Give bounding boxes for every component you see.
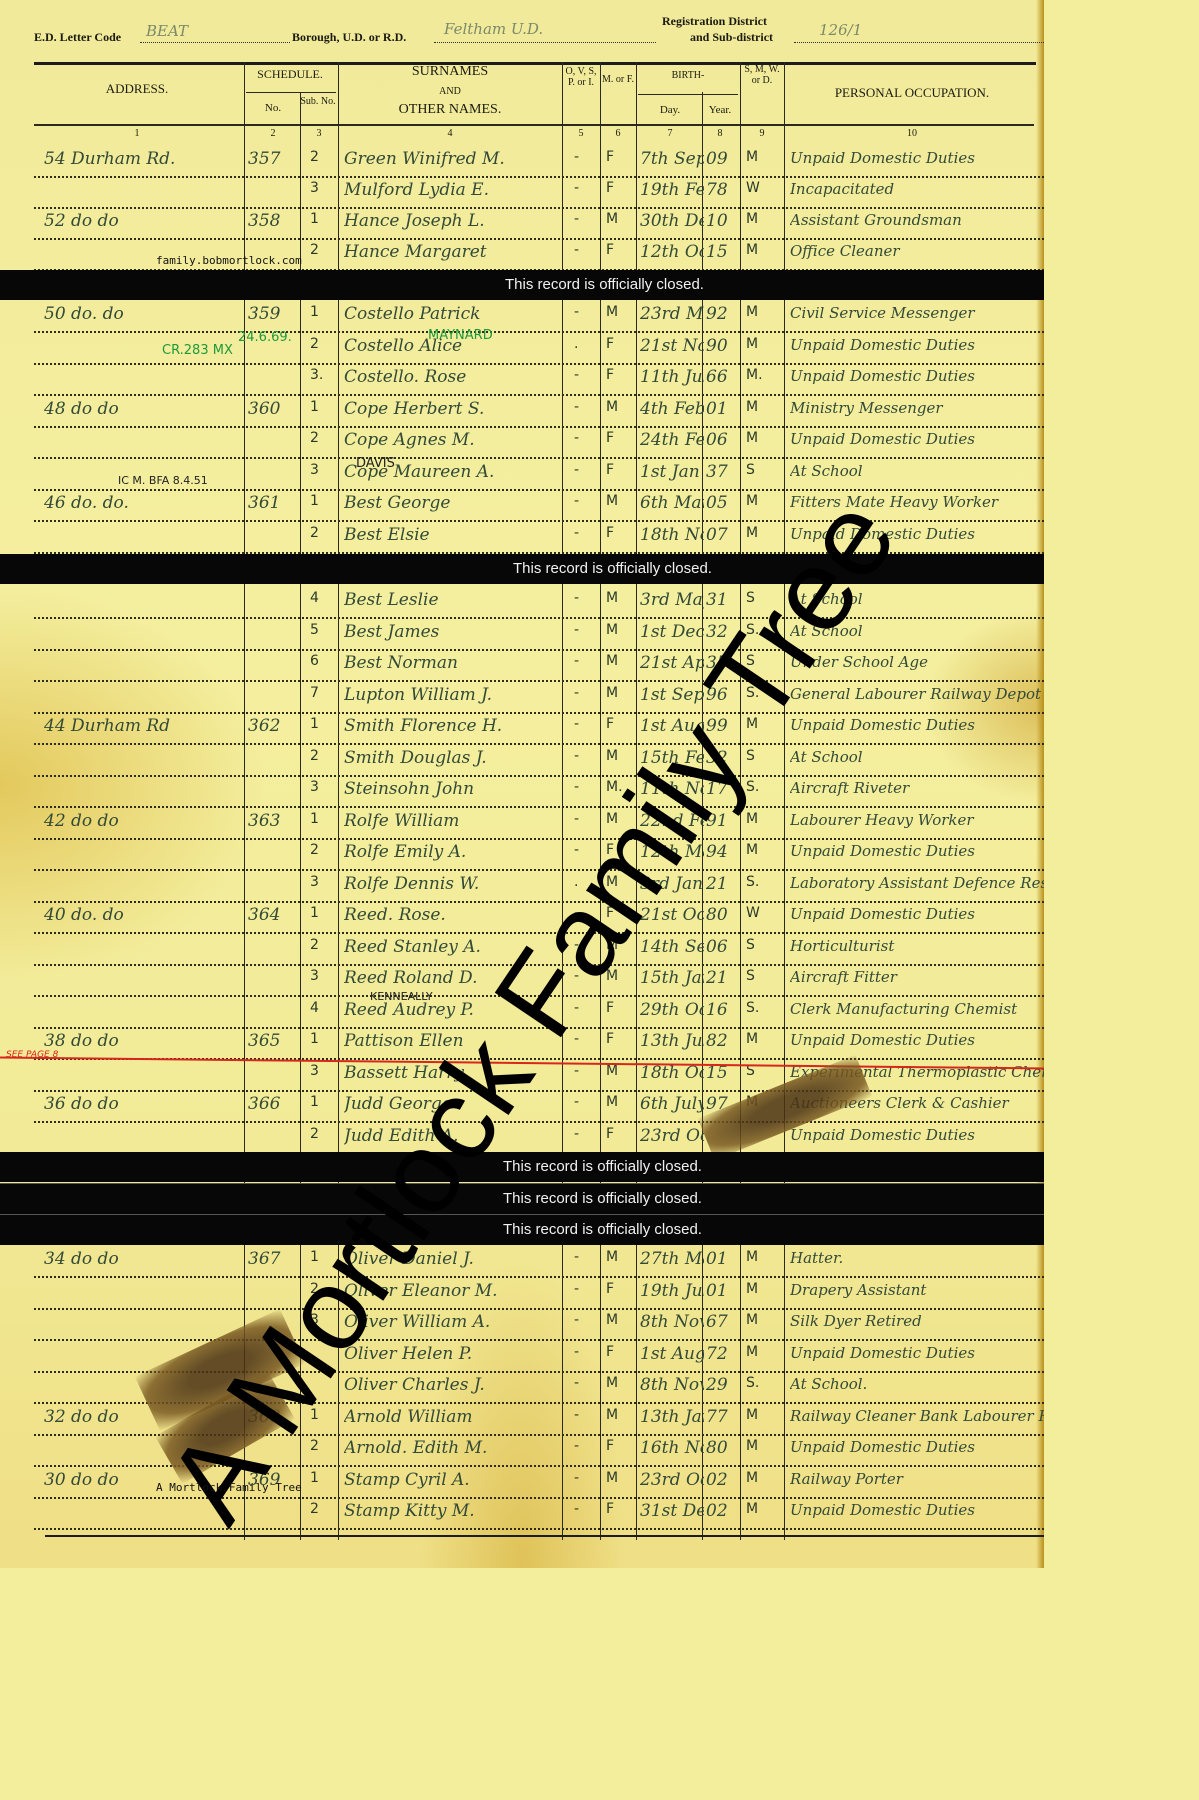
cell-sex: F	[606, 1344, 638, 1360]
cell-day: 6th July	[640, 1094, 704, 1114]
cell-year: 06	[706, 430, 742, 450]
cell-name: Arnold William	[344, 1407, 566, 1427]
cell-status: S	[746, 968, 786, 984]
cell-name: Smith Douglas J.	[344, 748, 566, 768]
cell-sub: 1	[310, 304, 340, 320]
cell-name: Hance Joseph L.	[344, 211, 566, 231]
borough-value: Feltham U.D.	[444, 20, 543, 38]
cell-day: 13th Jan	[640, 1407, 704, 1427]
cell-ovspi: -	[574, 1249, 604, 1265]
cell-name: Best Elsie	[344, 525, 566, 545]
cell-sub: 2	[310, 336, 340, 352]
col-sex: M. or F.	[602, 74, 634, 85]
cell-day: 1st Dec	[640, 622, 704, 642]
col-address: ADDRESS.	[34, 82, 240, 96]
cell-day: 8th Nov	[640, 1375, 704, 1395]
cell-day: 23rd May	[640, 304, 704, 324]
col-birth: BIRTH-	[638, 70, 738, 81]
footer-watermark: A Mortlock Family Tree	[156, 1481, 302, 1494]
ed-letter-value: BEAT	[146, 22, 188, 40]
cell-sub: 4	[310, 1000, 340, 1016]
cell-sex: M	[606, 685, 638, 701]
column-number: 7	[638, 128, 702, 139]
cell-name: Stamp Kitty M.	[344, 1501, 566, 1521]
cell-occupation: Incapacitated	[790, 180, 1044, 198]
cell-name: Lupton William J.	[344, 685, 566, 705]
cell-year: 82	[706, 1031, 742, 1051]
cell-status: S.	[746, 1000, 786, 1016]
cell-day: 19th July	[640, 1281, 704, 1301]
table-row: 54 Durham Rd.3572Green Winifred M.-F7th …	[34, 145, 1044, 178]
cell-year: 01	[706, 1281, 742, 1301]
cell-name: Best George	[344, 493, 566, 513]
cell-sub: 5	[310, 622, 340, 638]
cell-status: M	[746, 1344, 786, 1360]
cell-sex: M	[606, 1249, 638, 1265]
cell-name: Cope Agnes M.	[344, 430, 566, 450]
cell-occupation: Aircraft Riveter	[790, 779, 1044, 797]
cell-sub: 1	[310, 811, 340, 827]
cell-name: Best James	[344, 622, 566, 642]
cell-name: Steinsohn John	[344, 779, 566, 799]
cell-sex: F	[606, 1501, 638, 1517]
table-row: 2Cope Agnes M.-F24th Feb06MUnpaid Domest…	[34, 426, 1044, 459]
column-number: 4	[340, 128, 560, 139]
cell-address: 48 do do	[44, 399, 244, 419]
cell-year: 01	[706, 399, 742, 419]
cell-occupation: General Labourer Railway Depot	[790, 685, 1044, 703]
col-schedule: SCHEDULE.	[244, 68, 336, 81]
cell-year: 21	[706, 874, 742, 894]
cell-status: S	[746, 462, 786, 478]
cell-occupation: Unpaid Domestic Duties	[790, 430, 1044, 448]
cell-status: M	[746, 304, 786, 320]
cell-status: M	[746, 842, 786, 858]
cell-status: M	[746, 336, 786, 352]
col-status: S, M, W. or D.	[742, 64, 782, 86]
cell-sex: F	[606, 149, 638, 165]
cell-sub: 2	[310, 1126, 340, 1142]
cell-address: 36 do do	[44, 1094, 244, 1114]
cell-sub: 7	[310, 685, 340, 701]
sub-district-label: and Sub-district	[690, 30, 773, 45]
table-row: 3.Costello. Rose-F11th July66M.Unpaid Do…	[34, 363, 1044, 396]
table-row: 4Best Leslie-M3rd May31SAt School	[34, 586, 1044, 619]
cell-ovspi: -	[574, 493, 604, 509]
cell-occupation: Silk Dyer Retired	[790, 1312, 1044, 1330]
cell-ovspi: -	[574, 399, 604, 415]
table-row: 5Best James-M1st Dec32S.At School	[34, 618, 1044, 651]
cell-name: Costello Patrick	[344, 304, 566, 324]
cell-ovspi: -	[574, 1094, 604, 1110]
col-birth-day: Day.	[638, 104, 702, 116]
cell-status: M	[746, 1407, 786, 1423]
cell-no: 360	[248, 399, 300, 419]
cell-sub: 2	[310, 242, 340, 258]
cell-occupation: Aircraft Fitter	[790, 968, 1044, 986]
cell-name: Costello. Rose	[344, 367, 566, 387]
cell-day: 18th Nov	[640, 525, 704, 545]
cell-occupation: Horticulturist	[790, 937, 1044, 955]
col-schedule-no: No.	[246, 102, 300, 114]
cell-sex: M	[606, 304, 638, 320]
cell-status: S.	[746, 874, 786, 890]
cell-occupation: Unpaid Domestic Duties	[790, 1031, 1044, 1049]
cell-address: 54 Durham Rd.	[44, 149, 244, 169]
cell-sex: M	[606, 1470, 638, 1486]
borough-label: Borough, U.D. or R.D.	[292, 30, 406, 45]
cell-sub: 2	[310, 937, 340, 953]
cell-name: Arnold. Edith M.	[344, 1438, 566, 1458]
form-header: E.D. Letter Code BEAT Borough, U.D. or R…	[34, 18, 1004, 48]
cell-sex: F	[606, 180, 638, 196]
closed-record-bar: This record is officially closed.	[0, 270, 1044, 300]
annotation-davis: DAVIS	[356, 456, 395, 471]
table-row: 7Lupton William J.-M1st Sept96S.General …	[34, 681, 1044, 714]
cell-day: 6th Mar	[640, 493, 704, 513]
column-number: 6	[602, 128, 634, 139]
cell-occupation: Unpaid Domestic Duties	[790, 149, 1044, 167]
site-url: family.bobmortlock.com	[156, 254, 302, 267]
cell-sex: F	[606, 1438, 638, 1454]
cell-year: 37	[706, 462, 742, 482]
cell-ovspi: -	[574, 622, 604, 638]
cell-status: M	[746, 1501, 786, 1517]
cell-name: Stamp Cyril A.	[344, 1470, 566, 1490]
cell-ovspi: -	[574, 1344, 604, 1360]
cell-sub: 2	[310, 748, 340, 764]
cell-sex: F	[606, 1126, 638, 1142]
cell-occupation: Labourer Heavy Worker	[790, 811, 1044, 829]
cell-sub: 1	[310, 493, 340, 509]
cell-sex: M	[606, 211, 638, 227]
cell-no: 362	[248, 716, 300, 736]
col-birth-year: Year.	[702, 104, 738, 116]
cell-ovspi: -	[574, 1063, 604, 1079]
cell-status: M	[746, 1312, 786, 1328]
col-surnames: SURNAMES	[340, 64, 560, 79]
cell-year: 80	[706, 905, 742, 925]
cell-occupation: At School.	[790, 1375, 1044, 1393]
table-row: 3Mulford Lydia E.-F19th Feb78WIncapacita…	[34, 176, 1044, 209]
cell-day: 15th Jan	[640, 968, 704, 988]
cell-occupation: Unpaid Domestic Duties	[790, 905, 1044, 923]
table-row: 2Oliver Eleanor M.-F19th July01MDrapery …	[34, 1277, 1044, 1310]
cell-year: 09	[706, 149, 742, 169]
cell-no: 365	[248, 1031, 300, 1051]
table-row: 42 do do3631Rolfe William-M22nd Feb91MLa…	[34, 807, 1044, 840]
cell-sub: 1	[310, 1031, 340, 1047]
cell-ovspi: -	[574, 590, 604, 606]
cell-no: 357	[248, 149, 300, 169]
cell-year: 05	[706, 493, 742, 513]
column-number: 3	[300, 128, 338, 139]
closed-record-bar: This record is officially closed.	[0, 1183, 1044, 1214]
cell-occupation: Railway Cleaner Bank Labourer Retired	[790, 1407, 1044, 1425]
reg-district-value: 126/1	[819, 21, 862, 39]
cell-ovspi: -	[574, 653, 604, 669]
cell-ovspi: -	[574, 1438, 604, 1454]
cell-occupation: Office Cleaner	[790, 242, 1044, 260]
cell-sub: 3	[310, 1063, 340, 1079]
cell-status: M	[746, 493, 786, 509]
cell-sex: F	[606, 1281, 638, 1297]
cell-no: 366	[248, 1094, 300, 1114]
column-number: 8	[702, 128, 738, 139]
table-row: 34 do do3671Oliver Daniel J.-M27th March…	[34, 1245, 1044, 1278]
cell-occupation: Unpaid Domestic Duties	[790, 842, 1044, 860]
cell-day: 7th Sept	[640, 149, 704, 169]
cell-day: 24th Feb	[640, 430, 704, 450]
cell-year: 90	[706, 336, 742, 356]
cell-occupation: Railway Porter	[790, 1470, 1044, 1488]
cell-ovspi: -	[574, 304, 604, 320]
cell-sub: 1	[310, 1470, 340, 1486]
cell-name: Rolfe William	[344, 811, 566, 831]
cell-ovspi: -	[574, 1375, 604, 1391]
cell-day: 11th July	[640, 367, 704, 387]
cell-status: M	[746, 149, 786, 165]
cell-year: 72	[706, 1344, 742, 1364]
cell-day: 16th Nov	[640, 1438, 704, 1458]
cell-year: 80	[706, 1438, 742, 1458]
cell-day: 13th July	[640, 1031, 704, 1051]
cell-year: 02	[706, 1470, 742, 1490]
annotation-maynard: MAYNARD	[428, 328, 493, 343]
cell-day: 1st Jan	[640, 462, 704, 482]
cell-no: 358	[248, 211, 300, 231]
column-number: 2	[246, 128, 300, 139]
cell-year: 78	[706, 180, 742, 200]
cell-address: 42 do do	[44, 811, 244, 831]
cell-year: 06	[706, 937, 742, 957]
table-row: 46 do. do.3611Best George-M6th Mar05MFit…	[34, 489, 1044, 522]
cell-year: 67	[706, 1312, 742, 1332]
cell-year: 66	[706, 367, 742, 387]
table-row: 3Oliver William A.-M8th Nov67MSilk Dyer …	[34, 1308, 1044, 1341]
cell-status: M	[746, 211, 786, 227]
cell-status: S	[746, 937, 786, 953]
column-number: 1	[34, 128, 240, 139]
table-row: 3Steinsohn John-M.11th Nov17S.Aircraft R…	[34, 775, 1044, 808]
cell-name: Green Winifred M.	[344, 149, 566, 169]
cell-day: 31st Dec	[640, 1501, 704, 1521]
cell-day: 3rd May	[640, 590, 704, 610]
cell-status: M	[746, 1031, 786, 1047]
cell-address: 44 Durham Rd	[44, 716, 244, 736]
cell-sex: M	[606, 1312, 638, 1328]
cell-sub: 1	[310, 399, 340, 415]
cell-name: Best Leslie	[344, 590, 566, 610]
cell-occupation: At School	[790, 462, 1044, 480]
cell-sub: 3.	[310, 367, 340, 383]
annotation-date: 24.6.69.	[238, 330, 292, 345]
cell-address: 34 do do	[44, 1249, 244, 1269]
cell-year: 16	[706, 1000, 742, 1020]
col-schedule-sub: Sub. No.	[300, 96, 336, 107]
cell-address: 50 do. do	[44, 304, 244, 324]
cell-sub: 3	[310, 462, 340, 478]
cell-occupation: Drapery Assistant	[790, 1281, 1044, 1299]
cell-sub: 3	[310, 779, 340, 795]
cell-ovspi: -	[574, 1281, 604, 1297]
cell-ovspi: -	[574, 1501, 604, 1517]
closed-record-bar: This record is officially closed.	[0, 1214, 1044, 1245]
cell-year: 15	[706, 242, 742, 262]
cell-sub: 4	[310, 590, 340, 606]
cell-sex: M	[606, 1094, 638, 1110]
cell-address: 38 do do	[44, 1031, 244, 1051]
cell-year: 77	[706, 1407, 742, 1427]
cell-name: Smith Florence H.	[344, 716, 566, 736]
cell-ovspi: -	[574, 1312, 604, 1328]
cell-no: 364	[248, 905, 300, 925]
cell-name: Cope Herbert S.	[344, 399, 566, 419]
cell-day: 29th Oct	[640, 1000, 704, 1020]
cell-status: M	[746, 1470, 786, 1486]
cell-sex: M	[606, 399, 638, 415]
cell-name: Oliver Charles J.	[344, 1375, 566, 1395]
cell-status: M	[746, 430, 786, 446]
cell-occupation: Unpaid Domestic Duties	[790, 1501, 1044, 1519]
cell-ovspi: -	[574, 748, 604, 764]
cell-day: 12th Oct	[640, 242, 704, 262]
cell-day: 19th Feb	[640, 180, 704, 200]
cell-sex: M	[606, 653, 638, 669]
col-ovspi: O, V, S, P. or I.	[563, 66, 599, 88]
cell-ovspi: -	[574, 242, 604, 258]
cell-ovspi: -	[574, 1126, 604, 1142]
cell-occupation: Unpaid Domestic Duties	[790, 1438, 1044, 1456]
cell-sub: 2	[310, 1501, 340, 1517]
column-number: 5	[563, 128, 599, 139]
cell-sex: F	[606, 462, 638, 478]
annotation-cr: CR.283 MX	[162, 343, 233, 358]
cell-name: Hance Margaret	[344, 242, 566, 262]
cell-sub: 3	[310, 180, 340, 196]
cell-day: 1st Aug	[640, 1344, 704, 1364]
cell-sex: F	[606, 367, 638, 383]
table-row: 44 Durham Rd3621Smith Florence H.-F1st A…	[34, 712, 1044, 745]
cell-ovspi: -	[574, 716, 604, 732]
table-row: 52 do do3581Hance Joseph L.-M30th Dec10M…	[34, 207, 1044, 240]
cell-sub: 3	[310, 968, 340, 984]
cell-occupation: At School	[790, 748, 1044, 766]
cell-sex: M	[606, 1375, 638, 1391]
cell-name: Rolfe Emily A.	[344, 842, 566, 862]
cell-sex: F	[606, 242, 638, 258]
cell-occupation: Laboratory Assistant Defence Research D.…	[790, 874, 1044, 892]
cell-sub: 1	[310, 716, 340, 732]
cell-ovspi: -	[574, 211, 604, 227]
annotation-kenneally: KENNEALLY	[370, 990, 433, 1003]
reg-district-label: Registration District	[662, 14, 767, 29]
cell-status: M	[746, 242, 786, 258]
cell-sub: 2	[310, 842, 340, 858]
cell-status: W	[746, 180, 786, 196]
cell-occupation: Unpaid Domestic Duties	[790, 336, 1044, 354]
cell-address: 52 do do	[44, 211, 244, 231]
ed-letter-label: E.D. Letter Code	[34, 30, 121, 45]
cell-name: Best Norman	[344, 653, 566, 673]
closed-record-bar: This record is officially closed.	[0, 1152, 1044, 1182]
cell-sex: F	[606, 1031, 638, 1047]
cell-occupation: Civil Service Messenger	[790, 304, 1044, 322]
cell-ovspi: -	[574, 462, 604, 478]
table-row: 50 do. do3591Costello Patrick-M23rd May9…	[34, 300, 1044, 333]
table-row: 2Stamp Kitty M.-F31st Dec02MUnpaid Domes…	[34, 1497, 1044, 1530]
cell-year: 21	[706, 968, 742, 988]
table-row: 2Smith Douglas J.-M15th Feb32SAt School	[34, 744, 1044, 777]
cell-status: M	[746, 399, 786, 415]
cell-status: W	[746, 905, 786, 921]
col-occupation: PERSONAL OCCUPATION.	[790, 86, 1034, 100]
cell-day: 4th Feb	[640, 399, 704, 419]
cell-day: 23rd Oct	[640, 1126, 704, 1146]
cell-occupation: Unpaid Domestic Duties	[790, 1344, 1044, 1362]
cell-no: 359	[248, 304, 300, 324]
cell-year: 10	[706, 211, 742, 231]
bottom-rule	[45, 1535, 1044, 1537]
table-row: 2Rolfe Emily A.-F12th March94MUnpaid Dom…	[34, 838, 1044, 871]
cell-sex: F	[606, 336, 638, 352]
cell-status: M	[746, 1249, 786, 1265]
cell-year: 01	[706, 1249, 742, 1269]
column-number: 9	[742, 128, 782, 139]
cell-sex: M	[606, 622, 638, 638]
column-number: 10	[790, 128, 1034, 139]
cell-day: 27th March	[640, 1249, 704, 1269]
cell-sub: 3	[310, 874, 340, 890]
annotation-cm-bfa: IC M. BFA 8.4.51	[118, 474, 208, 487]
cell-status: M.	[746, 367, 786, 383]
cell-day: 21st Nov	[640, 336, 704, 356]
cell-sub: 2	[310, 149, 340, 165]
cell-ovspi: -	[574, 430, 604, 446]
cell-sub: 1	[310, 1094, 340, 1110]
cell-ovspi: -	[574, 1407, 604, 1423]
cell-status: M	[746, 1281, 786, 1297]
cell-sub: 1	[310, 905, 340, 921]
cell-ovspi: -	[574, 180, 604, 196]
cell-sub: 2	[310, 525, 340, 541]
cell-year: 02	[706, 1501, 742, 1521]
cell-sex: M	[606, 590, 638, 606]
cell-address: 40 do. do	[44, 905, 244, 925]
cell-ovspi: -	[574, 1470, 604, 1486]
cell-status: S.	[746, 1375, 786, 1391]
cell-no: 361	[248, 493, 300, 513]
cell-day: 23rd Oct	[640, 1470, 704, 1490]
cell-sub: 2	[310, 430, 340, 446]
cell-ovspi: -	[574, 525, 604, 541]
cell-day: 30th Dec	[640, 211, 704, 231]
cell-sex: M	[606, 1407, 638, 1423]
cell-occupation: Unpaid Domestic Duties	[790, 1126, 1044, 1144]
cell-sex: F	[606, 716, 638, 732]
cell-occupation: Hatter.	[790, 1249, 1044, 1267]
cell-occupation: Clerk Manufacturing Chemist	[790, 1000, 1044, 1018]
cell-year: 92	[706, 304, 742, 324]
cell-name: Mulford Lydia E.	[344, 180, 566, 200]
cell-sub: 1	[310, 211, 340, 227]
cell-day: 8th Nov	[640, 1312, 704, 1332]
cell-sub: 6	[310, 653, 340, 669]
table-row: 48 do do3601Cope Herbert S.-M4th Feb01MM…	[34, 395, 1044, 428]
cell-sex: M	[606, 493, 638, 509]
cell-occupation: Unpaid Domestic Duties	[790, 367, 1044, 385]
cell-occupation: Assistant Groundsman	[790, 211, 1044, 229]
